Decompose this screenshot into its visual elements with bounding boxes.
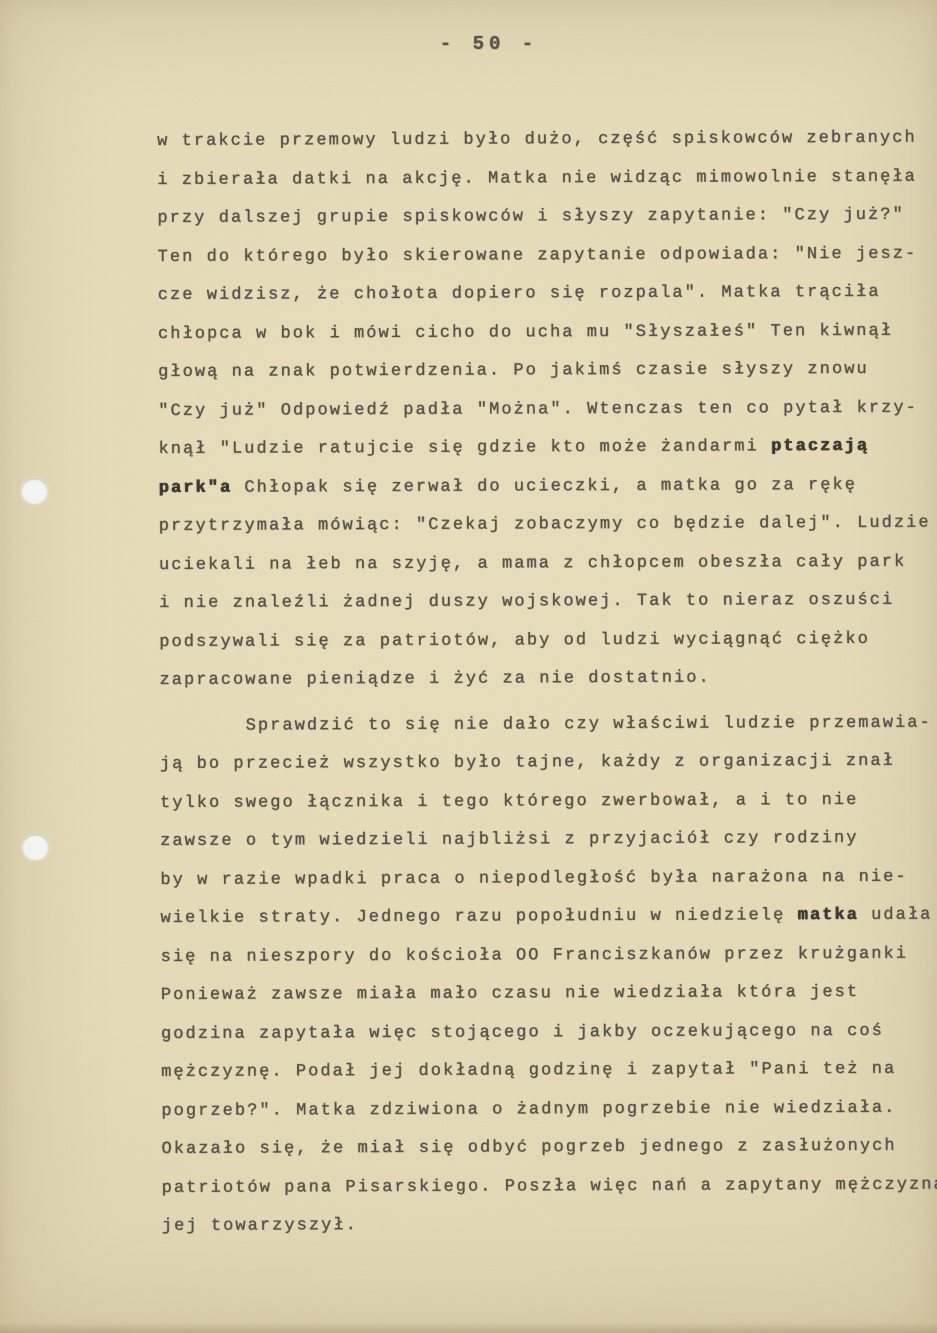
text-line: się na nieszpory do kościoła OO Francisz… — [161, 935, 927, 977]
text-line: patriotów pana Pisarskiego. Poszła więc … — [162, 1166, 928, 1208]
text-line: i zbierała datki na akcję. Matka nie wid… — [157, 158, 923, 200]
text-line: chłopca w bok i mówi cicho do ucha mu "S… — [158, 312, 924, 354]
text-line: w trakcie przemowy ludzi było dużo, częś… — [157, 120, 923, 162]
text-line: knął "Ludzie ratujcie się gdzie kto może… — [158, 428, 924, 470]
text-line: zapracowane pieniądze i żyć za nie dosta… — [159, 659, 925, 701]
text-line: ją bo przecież wszystko było tajne, każd… — [160, 743, 926, 785]
paragraph: Sprawdzić to się nie dało czy właściwi l… — [160, 704, 928, 1246]
text-line: cze widzisz, że chołota dopiero się rozp… — [158, 274, 924, 316]
text-line: wielkie straty. Jednego razu popołudniu … — [160, 897, 926, 939]
text-line: jej towarzyszył. — [162, 1205, 928, 1247]
page-bottom-shadow — [0, 1323, 937, 1333]
text-line: mężczyznę. Podał jej dokładną godzinę i … — [161, 1051, 927, 1093]
page-number: - 50 - — [440, 33, 538, 55]
text-line: Ponieważ zawsze miała mało czasu nie wie… — [161, 974, 927, 1016]
text-line: głową na znak potwierdzenia. Po jakimś c… — [158, 351, 924, 393]
text-line: przy dalszej grupie spiskowców i słyszy … — [157, 197, 923, 239]
text-line: i nie znaleźli żadnej duszy wojskowej. T… — [159, 582, 925, 624]
paragraph: w trakcie przemowy ludzi było dużo, częś… — [157, 120, 926, 701]
text-line: uciekali na łeb na szyję, a mama z chłop… — [159, 543, 925, 585]
text-line: by w razie wpadki praca o niepodległość … — [160, 858, 926, 900]
text-line: Ten do którego było skierowane zapytanie… — [158, 235, 924, 277]
punch-hole-top — [21, 478, 48, 504]
text-line: Sprawdzić to się nie dało czy właściwi l… — [160, 704, 926, 746]
text-line: zawsze o tym wiedzieli najbliżsi z przyj… — [160, 820, 926, 862]
text-line: Okazało się, że miał się odbyć pogrzeb j… — [161, 1128, 927, 1170]
text-line: "Czy już" Odpowiedź padła "Można". Wtenc… — [158, 389, 924, 431]
punch-hole-bottom — [22, 834, 49, 860]
text-line: godzina zapytała więc stojącego i jakby … — [161, 1012, 927, 1054]
text-line: podszywali się za patriotów, aby od ludz… — [159, 620, 925, 662]
document-page: - 50 - w trakcie przemowy ludzi było duż… — [0, 0, 937, 1333]
text-line: park"a Chłopak się zerwał do ucieczki, a… — [159, 466, 925, 508]
text-line: pogrzeb?". Matka zdziwiona o żadnym pogr… — [161, 1089, 927, 1131]
text-line: przytrzymała mówiąc: "Czekaj zobaczymy c… — [159, 505, 925, 547]
text-block: w trakcie przemowy ludzi było dużo, częś… — [157, 120, 928, 1247]
text-line: tylko swego łącznika i tego którego zwer… — [160, 781, 926, 823]
